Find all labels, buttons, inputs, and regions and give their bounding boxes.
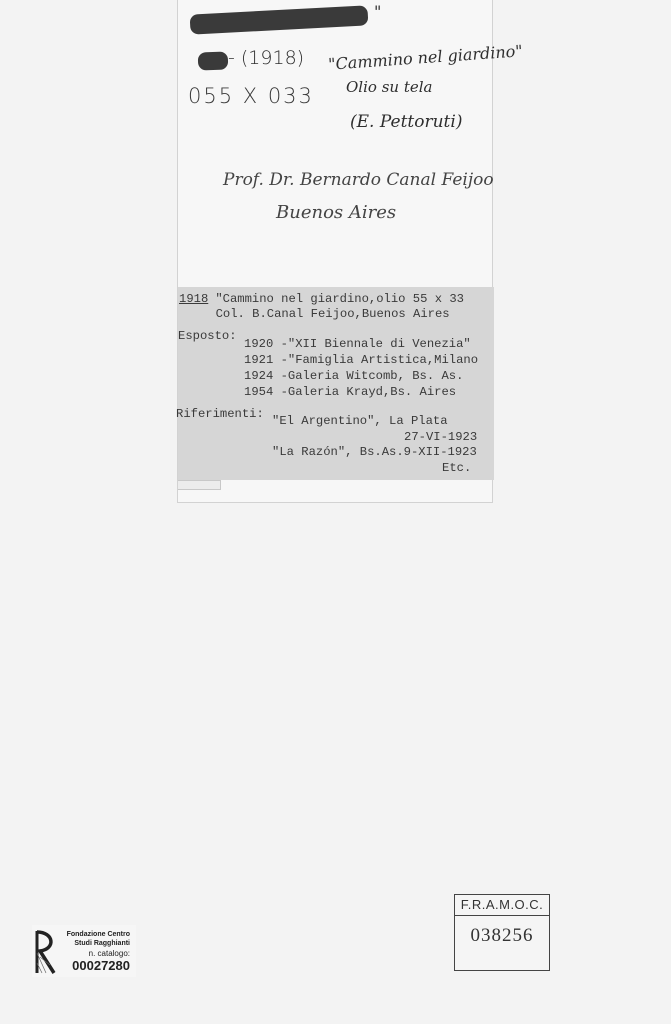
handwritten-date: - (1918) [228,47,304,69]
typed-title-line: "Cammino nel giardino,olio 55 x 33 [208,292,464,306]
redacted-title-quote: " [374,2,381,21]
catalog-label: n. catalogo: [89,949,130,958]
typed-catalog-label: 1918 "Cammino nel giardino,olio 55 x 33 … [178,287,494,480]
handwritten-owner: Prof. Dr. Bernardo Canal Feijoo [223,170,494,190]
catalog-number: 00027280 [72,958,130,973]
handwritten-artist: (E. Pettoruti) [350,112,462,132]
reference-item: Etc. [442,461,471,475]
exhibition-item: 1924 -Galeria Witcomb, Bs. As. [244,369,463,383]
references-heading: Riferimenti: [176,407,264,421]
exhibition-item: 1920 -"XII Biennale di Venezia" [244,337,471,351]
exhibition-item: 1954 -Galeria Krayd,Bs. Aires [244,385,456,399]
handwritten-dimensions: 055 X 033 [188,84,314,108]
card-tab-stub [178,480,221,490]
org-name-line1: Fondazione Centro [67,931,130,938]
redacted-title-mark [190,5,369,34]
ragghianti-r-logo-icon [34,929,58,975]
typed-year: 1918 [179,292,208,306]
handwritten-title: "Cammino nel giardino" [328,41,524,74]
exhibited-heading: Esposto: [178,329,237,343]
reference-item: 27-VI-1923 [404,430,477,444]
archive-logo: Fondazione Centro Studi Ragghianti n. ca… [32,925,136,977]
stamp-header: F.R.A.M.O.C. [455,895,549,916]
archive-photo-card: " - (1918) "Cammino nel giardino" Olio s… [177,0,493,503]
stamp-number: 038256 [455,925,549,947]
typed-collection-line: Col. B.Canal Feijoo,Buenos Aires [179,307,450,321]
reference-item: "El Argentino", La Plata [272,414,448,428]
reference-item: "La Razón", Bs.As.9-XII-1923 [272,445,477,459]
framoc-stamp: F.R.A.M.O.C. 038256 [454,894,550,971]
redacted-artist-mark [198,51,229,70]
handwritten-city: Buenos Aires [276,202,396,223]
org-name-line2: Studi Ragghianti [74,940,130,947]
handwritten-medium: Olio su tela [346,78,432,96]
exhibition-item: 1921 -"Famiglia Artistica,Milano [244,353,478,367]
